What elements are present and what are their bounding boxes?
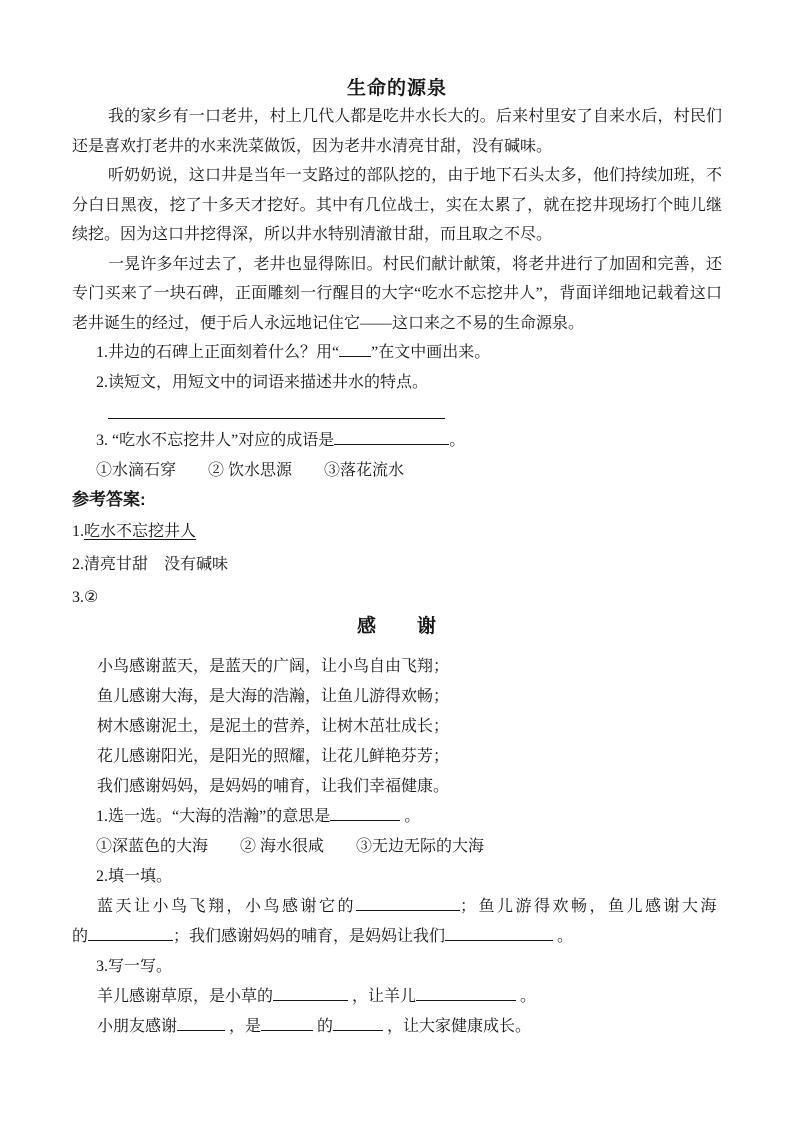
blank-line xyxy=(445,925,553,941)
worksheet-page: 生命的源泉 我的家乡有一口老井，村上几代人都是吃井水长大的。后来村里安了自来水后… xyxy=(0,0,793,1122)
text-segment: 1. xyxy=(72,523,84,540)
passage-1-question-3-options: ①水滴石穿 ② 饮水思源 ③落花流水 xyxy=(72,456,722,486)
text-segment: 小朋友感谢 xyxy=(97,1018,177,1035)
text-segment: 。 xyxy=(516,988,536,1005)
text-segment: 1.选一选。“大海的浩瀚”的意思是 xyxy=(96,808,330,825)
blank-line xyxy=(273,985,348,1001)
passage-2-question-2: 2.填一填。 xyxy=(72,862,722,892)
blank-line xyxy=(330,805,400,821)
blank-line xyxy=(88,925,173,941)
reading-passage-2: 感 谢 小鸟感谢蓝天，是蓝天的广阔，让小鸟自由飞翔； 鱼儿感谢大海，是大海的浩瀚… xyxy=(72,614,722,1042)
text-segment: 2.清亮甘甜 没有碱味 xyxy=(72,556,228,573)
text-segment: 羊儿感谢草原，是小草的 xyxy=(97,988,273,1005)
text-segment: 的 xyxy=(313,1018,333,1035)
passage-2-question-3: 3.写一写。 xyxy=(72,952,722,982)
answer-key-item-2: 2.清亮甘甜 没有碱味 xyxy=(72,548,722,581)
blank-line xyxy=(333,1015,383,1031)
passage-2-fill-line-2: 的；我们感谢妈妈的哺育，是妈妈让我们 。 xyxy=(72,922,722,952)
passage-1-paragraph-3: 一晃许多年过去了，老井也显得陈旧。村民们献计献策，将老井进行了加固和完善，还专门… xyxy=(72,250,722,339)
blank-line xyxy=(261,1015,313,1031)
underlined-answer: 吃水不忘挖井人 xyxy=(84,523,196,540)
blank-line xyxy=(334,429,449,445)
poem-line-3: 树木感谢泥土，是泥土的营养，让树木茁壮成长； xyxy=(72,712,722,742)
passage-1-answer-write-line xyxy=(72,403,722,426)
text-segment: ；鱼儿游得欢畅，鱼儿感谢大海 xyxy=(460,898,719,915)
text-segment: 的 xyxy=(72,928,88,945)
blank-line xyxy=(339,341,371,357)
poem-line-1: 小鸟感谢蓝天，是蓝天的广阔，让小鸟自由飞翔； xyxy=(72,652,722,682)
text-segment: ，是 xyxy=(225,1018,261,1035)
poem-line-5: 我们感谢妈妈，是妈妈的哺育，让我们幸福健康。 xyxy=(72,772,722,802)
text-segment: 。 xyxy=(400,808,420,825)
text-segment: 2.读短文，用短文中的词语来描述井水的特点。 xyxy=(96,374,428,391)
text-segment: 。 xyxy=(449,432,465,449)
passage-1-question-1: 1.井边的石碑上正面刻着什么？用“”在文中画出来。 xyxy=(72,338,722,368)
passage-1-question-2: 2.读短文，用短文中的词语来描述井水的特点。 xyxy=(72,368,722,398)
answer-key-item-3: 3.② xyxy=(72,581,722,614)
answer-key-item-1: 1.吃水不忘挖井人 xyxy=(72,515,722,548)
answer-key-heading: 参考答案: xyxy=(72,485,722,515)
passage-1-question-3: 3. “吃水不忘挖井人”对应的成语是。 xyxy=(72,426,722,456)
passage-1-paragraph-2: 听奶奶说，这口井是当年一支路过的部队挖的，由于地下石头太多，他们持续加班，不分白… xyxy=(72,161,722,250)
text-segment: 3.② xyxy=(72,589,98,606)
text-segment: 。 xyxy=(553,928,573,945)
blank-line xyxy=(416,985,516,1001)
blank-line xyxy=(356,895,460,911)
passage-2-fill-line-1: 蓝天让小鸟飞翔，小鸟感谢它的；鱼儿游得欢畅，鱼儿感谢大海 xyxy=(72,892,722,922)
poem-line-2: 鱼儿感谢大海，是大海的浩瀚，让鱼儿游得欢畅； xyxy=(72,682,722,712)
poem-line-4: 花儿感谢阳光，是阳光的照耀，让花儿鲜艳芬芳； xyxy=(72,742,722,772)
passage-2-question-1-options: ①深蓝色的大海 ② 海水很咸 ③无边无际的大海 xyxy=(72,832,722,862)
text-segment: 1.井边的石碑上正面刻着什么？用“ xyxy=(96,344,339,361)
passage-2-question-1: 1.选一选。“大海的浩瀚”的意思是 。 xyxy=(72,802,722,832)
passage-1-title: 生命的源泉 xyxy=(72,76,722,102)
blank-line xyxy=(108,403,445,419)
passage-2-title: 感 谢 xyxy=(72,614,722,640)
passage-1-paragraph-1: 我的家乡有一口老井，村上几代人都是吃井水长大的。后来村里安了自来水后，村民们还是… xyxy=(72,102,722,161)
text-segment: ，让羊儿 xyxy=(348,988,416,1005)
passage-2-write-line-2: 小朋友感谢 ，是 的 ，让大家健康成长。 xyxy=(72,1012,722,1042)
text-segment: 3. “吃水不忘挖井人”对应的成语是 xyxy=(96,432,334,449)
blank-line xyxy=(177,1015,225,1031)
poem: 小鸟感谢蓝天，是蓝天的广阔，让小鸟自由飞翔； 鱼儿感谢大海，是大海的浩瀚，让鱼儿… xyxy=(72,652,722,802)
text-segment: ，让大家健康成长。 xyxy=(383,1018,531,1035)
text-segment: ；我们感谢妈妈的哺育，是妈妈让我们 xyxy=(173,928,445,945)
reading-passage-1: 生命的源泉 我的家乡有一口老井，村上几代人都是吃井水长大的。后来村里安了自来水后… xyxy=(72,76,722,614)
text-segment: 蓝天让小鸟飞翔，小鸟感谢它的 xyxy=(97,898,356,915)
text-segment: ”在文中画出来。 xyxy=(371,344,490,361)
passage-2-write-line-1: 羊儿感谢草原，是小草的 ，让羊儿 。 xyxy=(72,982,722,1012)
